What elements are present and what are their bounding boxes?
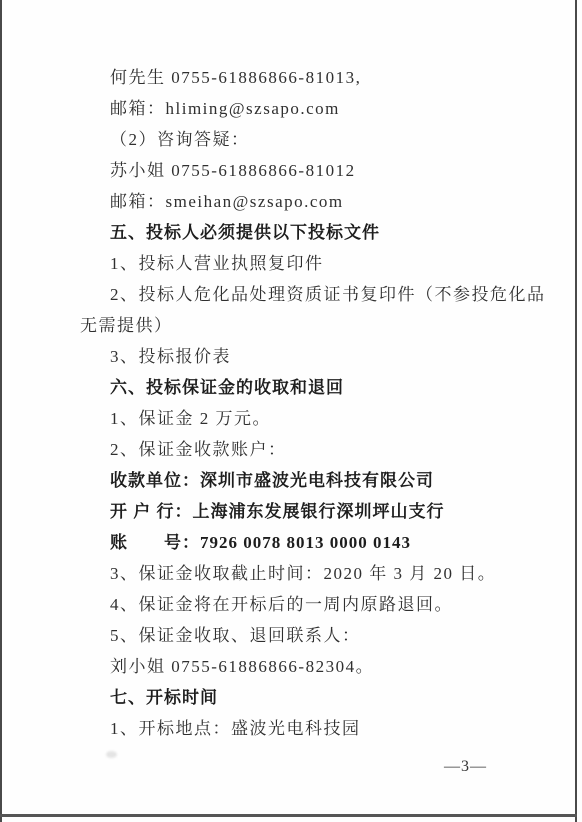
section-heading-line: 收款单位：深圳市盛波光电科技有限公司: [80, 465, 550, 496]
scan-edge-bottom: [0, 814, 577, 817]
text-line: 苏小姐 0755-61886866-81012: [80, 155, 550, 186]
text-line: 1、投标人营业执照复印件: [80, 248, 550, 279]
section-heading-line: 开 户 行：上海浦东发展银行深圳坪山支行: [80, 496, 550, 527]
section-heading-line: 六、投标保证金的收取和退回: [80, 372, 550, 403]
text-line: 邮箱：smeihan@szsapo.com: [80, 186, 550, 217]
text-line: 无需提供）: [80, 310, 550, 341]
section-heading-line: 账 号：7926 0078 8013 0000 0143: [80, 527, 550, 558]
document-page: 何先生 0755-61886866-81013,邮箱：hliming@szsap…: [0, 0, 582, 822]
scan-smudge-artifact: [106, 751, 117, 758]
section-heading-line: 五、投标人必须提供以下投标文件: [80, 217, 550, 248]
text-line: 5、保证金收取、退回联系人：: [80, 620, 550, 651]
text-line: 3、投标报价表: [80, 341, 550, 372]
text-line: 何先生 0755-61886866-81013,: [80, 62, 550, 93]
text-line: 1、开标地点：盛波光电科技园: [80, 713, 550, 744]
text-line: 刘小姐 0755-61886866-82304。: [80, 651, 550, 682]
text-line: 1、保证金 2 万元。: [80, 403, 550, 434]
scan-edge-right: [575, 0, 577, 822]
text-line: 4、保证金将在开标后的一周内原路退回。: [80, 589, 550, 620]
text-line: 邮箱：hliming@szsapo.com: [80, 93, 550, 124]
page-number: —3—: [444, 757, 487, 777]
text-line: 2、保证金收款账户：: [80, 434, 550, 465]
scan-edge-left: [0, 0, 2, 822]
section-heading-line: 七、开标时间: [80, 682, 550, 713]
text-line: 3、保证金收取截止时间：2020 年 3 月 20 日。: [80, 558, 550, 589]
text-line: 2、投标人危化品处理资质证书复印件（不参投危化品: [80, 279, 550, 310]
document-body: 何先生 0755-61886866-81013,邮箱：hliming@szsap…: [80, 62, 550, 744]
text-line: （2）咨询答疑：: [80, 124, 550, 155]
